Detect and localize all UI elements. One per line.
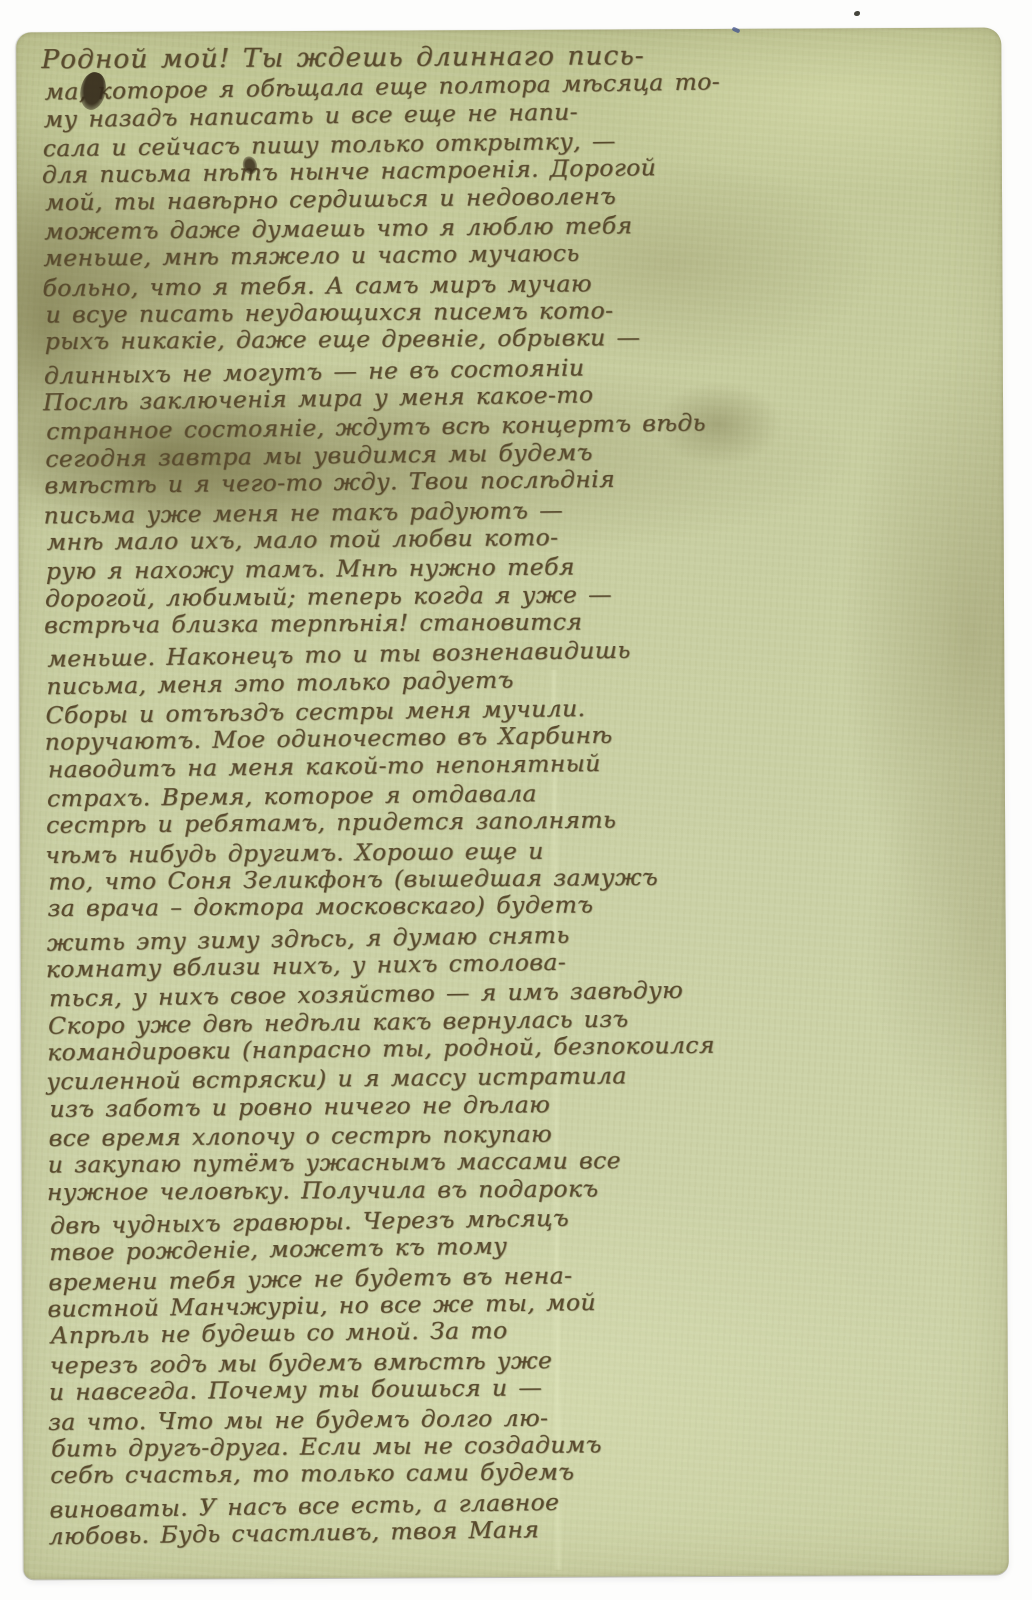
- letter-lines: Родной мой! Ты ждешь длиннаго пись-ма, к…: [42, 40, 999, 1547]
- letter-card: Родной мой! Ты ждешь длиннаго пись-ма, к…: [16, 28, 1009, 1580]
- scan-background: Родной мой! Ты ждешь длиннаго пись-ма, к…: [0, 0, 1032, 1600]
- dust-speck: [854, 11, 860, 16]
